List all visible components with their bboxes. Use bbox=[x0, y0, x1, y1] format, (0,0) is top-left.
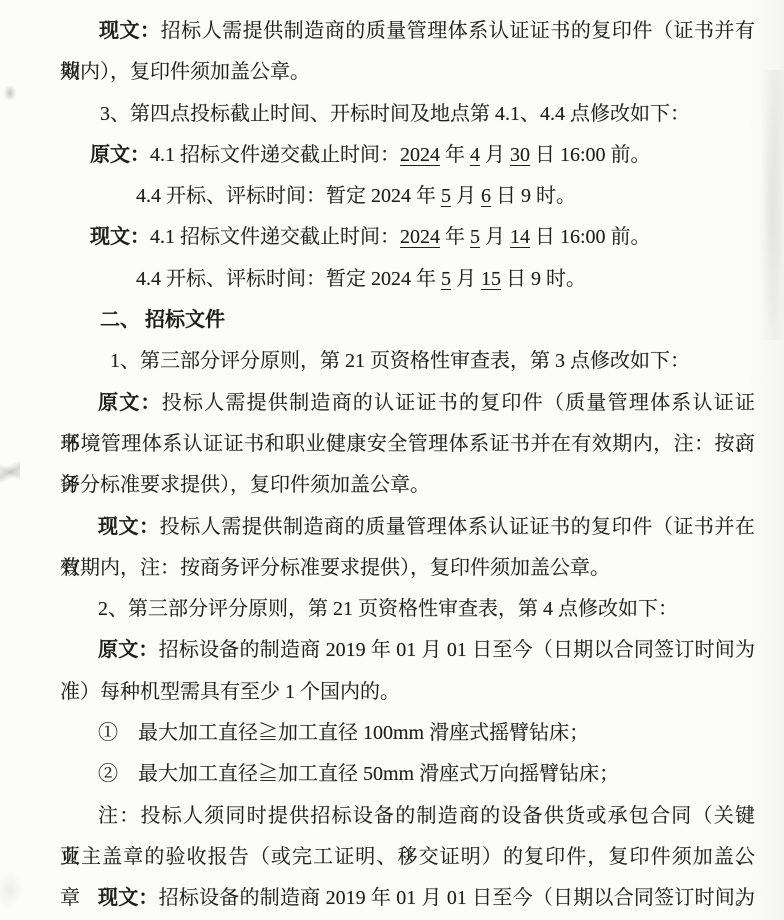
text-segment: 日 16:00 前。 bbox=[530, 144, 651, 166]
text-segment: 年 bbox=[440, 144, 470, 166]
text-segment: 效期内，注：按商务评分标准要求提供），复印件须加盖公章。 bbox=[60, 557, 610, 579]
text-segment: 日 9 时。 bbox=[491, 185, 576, 207]
text-segment: 月 bbox=[451, 268, 481, 290]
line-xianwen-certs-wrap: 效期内，注：按商务评分标准要求提供），复印件须加盖公章。 bbox=[60, 548, 755, 589]
underlined-value: 2024 bbox=[400, 226, 440, 248]
line-xianwen-manufacturer: 现文：招标设备的制造商 2019 年 01 月 01 日至今（日期以合同签订时间… bbox=[60, 878, 755, 919]
text-segment: 期内），复印件须加盖公章。 bbox=[60, 61, 310, 83]
line-certs-wrap1: 环境管理体系认证证书和职业健康安全管理体系证书并在有效期内，注：按商务 bbox=[60, 424, 755, 465]
line-yuanwen-certs: 原文：投标人需提供制造商的认证证书的复印件（质量管理体系认证证书、 bbox=[60, 383, 755, 424]
line-yuanwen-manufacturer: 原文：招标设备的制造商 2019 年 01 月 01 日至今（日期以合同签订时间… bbox=[60, 630, 755, 671]
text-segment: 4.1 招标文件递交截止时间： bbox=[150, 144, 400, 166]
line-manufacturer-wrap: 准）每种机型需具有至少 1 个国内的。 bbox=[60, 672, 755, 713]
underlined-value: 15 bbox=[481, 268, 501, 290]
bold-label: 现文： bbox=[90, 226, 150, 248]
bold-label: 原文： bbox=[98, 392, 162, 414]
underlined-value: 2024 bbox=[400, 144, 440, 166]
line-yuanwen-44-opening: 4.4 开标、评标时间：暂定 2024 年 5 月 6 日 9 时。 bbox=[60, 176, 755, 217]
line-machine-1: ① 最大加工直径≧加工直径 100mm 滑座式摇臂钻床； bbox=[60, 713, 755, 754]
text-segment: ① 最大加工直径≧加工直径 100mm 滑座式摇臂钻床； bbox=[98, 722, 589, 744]
text-segment: 月 bbox=[480, 226, 510, 248]
text-segment: 日 9 时。 bbox=[501, 268, 586, 290]
text-segment: 4.4 开标、评标时间：暂定 2024 年 bbox=[136, 268, 441, 290]
text-segment: 日 16:00 前。 bbox=[530, 226, 651, 248]
underlined-value: 6 bbox=[481, 185, 491, 207]
text-segment: 评分标准要求提供），复印件须加盖公章。 bbox=[60, 474, 430, 496]
line-xianwen-44-opening: 4.4 开标、评标时间：暂定 2024 年 5 月 15 日 9 时。 bbox=[60, 259, 755, 300]
bold-label: 现文： bbox=[99, 20, 161, 42]
line-heading-section2: 二、 招标文件 bbox=[60, 300, 755, 341]
document-page: 现文：招标人需提供制造商的质量管理体系认证证书的复印件（证书并有效期内），复印件… bbox=[0, 0, 784, 920]
line-certs-wrap2: 评分标准要求提供），复印件须加盖公章。 bbox=[60, 465, 755, 506]
bold-label: 原文： bbox=[90, 144, 150, 166]
text-segment: 3、第四点投标截止时间、开标时间及地点第 4.1、4.4 点修改如下： bbox=[100, 103, 690, 125]
underlined-value: 5 bbox=[441, 268, 451, 290]
underlined-value: 5 bbox=[441, 185, 451, 207]
text-segment: 4.1 招标文件递交截止时间： bbox=[150, 226, 400, 248]
text-segment: 1、第三部分评分原则，第 21 页资格性审查表，第 3 点修改如下： bbox=[110, 350, 690, 372]
line-note-wrap: 业主盖章的验收报告（或完工证明、移交证明）的复印件，复印件须加盖公章。 bbox=[60, 837, 755, 878]
underlined-value: 4 bbox=[470, 144, 480, 166]
underlined-value: 5 bbox=[470, 226, 480, 248]
text-segment: 4.4 开标、评标时间：暂定 2024 年 bbox=[136, 185, 441, 207]
line-machine-2: ② 最大加工直径≧加工直径 50mm 滑座式万向摇臂钻床； bbox=[60, 754, 755, 795]
text-segment: 准）每种机型需具有至少 1 个国内的。 bbox=[60, 681, 400, 703]
line-xianwen-certs: 现文：投标人需提供制造商的质量管理体系认证证书的复印件（证书并在有 bbox=[60, 507, 755, 548]
text-segment: 年 bbox=[440, 226, 470, 248]
scanned-document-page: 现文：招标人需提供制造商的质量管理体系认证证书的复印件（证书并有效期内），复印件… bbox=[0, 0, 784, 920]
line-yuanwen-41-deadline: 原文：4.1 招标文件递交截止时间：2024 年 4 月 30 日 16:00 … bbox=[60, 135, 755, 176]
bold-label: 二、 招标文件 bbox=[100, 309, 225, 331]
text-segment: 月 bbox=[480, 144, 510, 166]
line-note-contracts: 注：投标人须同时提供招标设备的制造商的设备供货或承包合同（关键页）、 bbox=[60, 796, 755, 837]
text-segment: 招标设备的制造商 2019 年 01 月 01 日至今（日期以合同签订时间为 bbox=[159, 887, 755, 909]
line-xianwen-41-deadline: 现文：4.1 招标文件递交截止时间：2024 年 5 月 14 日 16:00 … bbox=[60, 217, 755, 258]
bold-label: 现文： bbox=[98, 887, 159, 909]
line-item2-scoring-change: 2、第三部分评分原则，第 21 页资格性审查表，第 4 点修改如下： bbox=[60, 589, 755, 630]
line-item3-deadline-change: 3、第四点投标截止时间、开标时间及地点第 4.1、4.4 点修改如下： bbox=[60, 94, 755, 135]
bold-label: 现文： bbox=[98, 516, 160, 538]
line-qinei-wrap: 期内），复印件须加盖公章。 bbox=[60, 52, 755, 93]
text-segment: 2、第三部分评分原则，第 21 页资格性审查表，第 4 点修改如下： bbox=[98, 598, 678, 620]
line-xianwen-quality-cert: 现文：招标人需提供制造商的质量管理体系认证证书的复印件（证书并有效 bbox=[60, 11, 755, 52]
text-segment: ② 最大加工直径≧加工直径 50mm 滑座式万向摇臂钻床； bbox=[98, 763, 619, 785]
text-segment: 月 bbox=[451, 185, 481, 207]
text-segment: 招标设备的制造商 2019 年 01 月 01 日至今（日期以合同签订时间为 bbox=[159, 639, 755, 661]
line-item1-scoring-change: 1、第三部分评分原则，第 21 页资格性审查表，第 3 点修改如下： bbox=[60, 341, 755, 382]
underlined-value: 30 bbox=[510, 144, 530, 166]
underlined-value: 14 bbox=[510, 226, 530, 248]
bold-label: 原文： bbox=[98, 639, 159, 661]
